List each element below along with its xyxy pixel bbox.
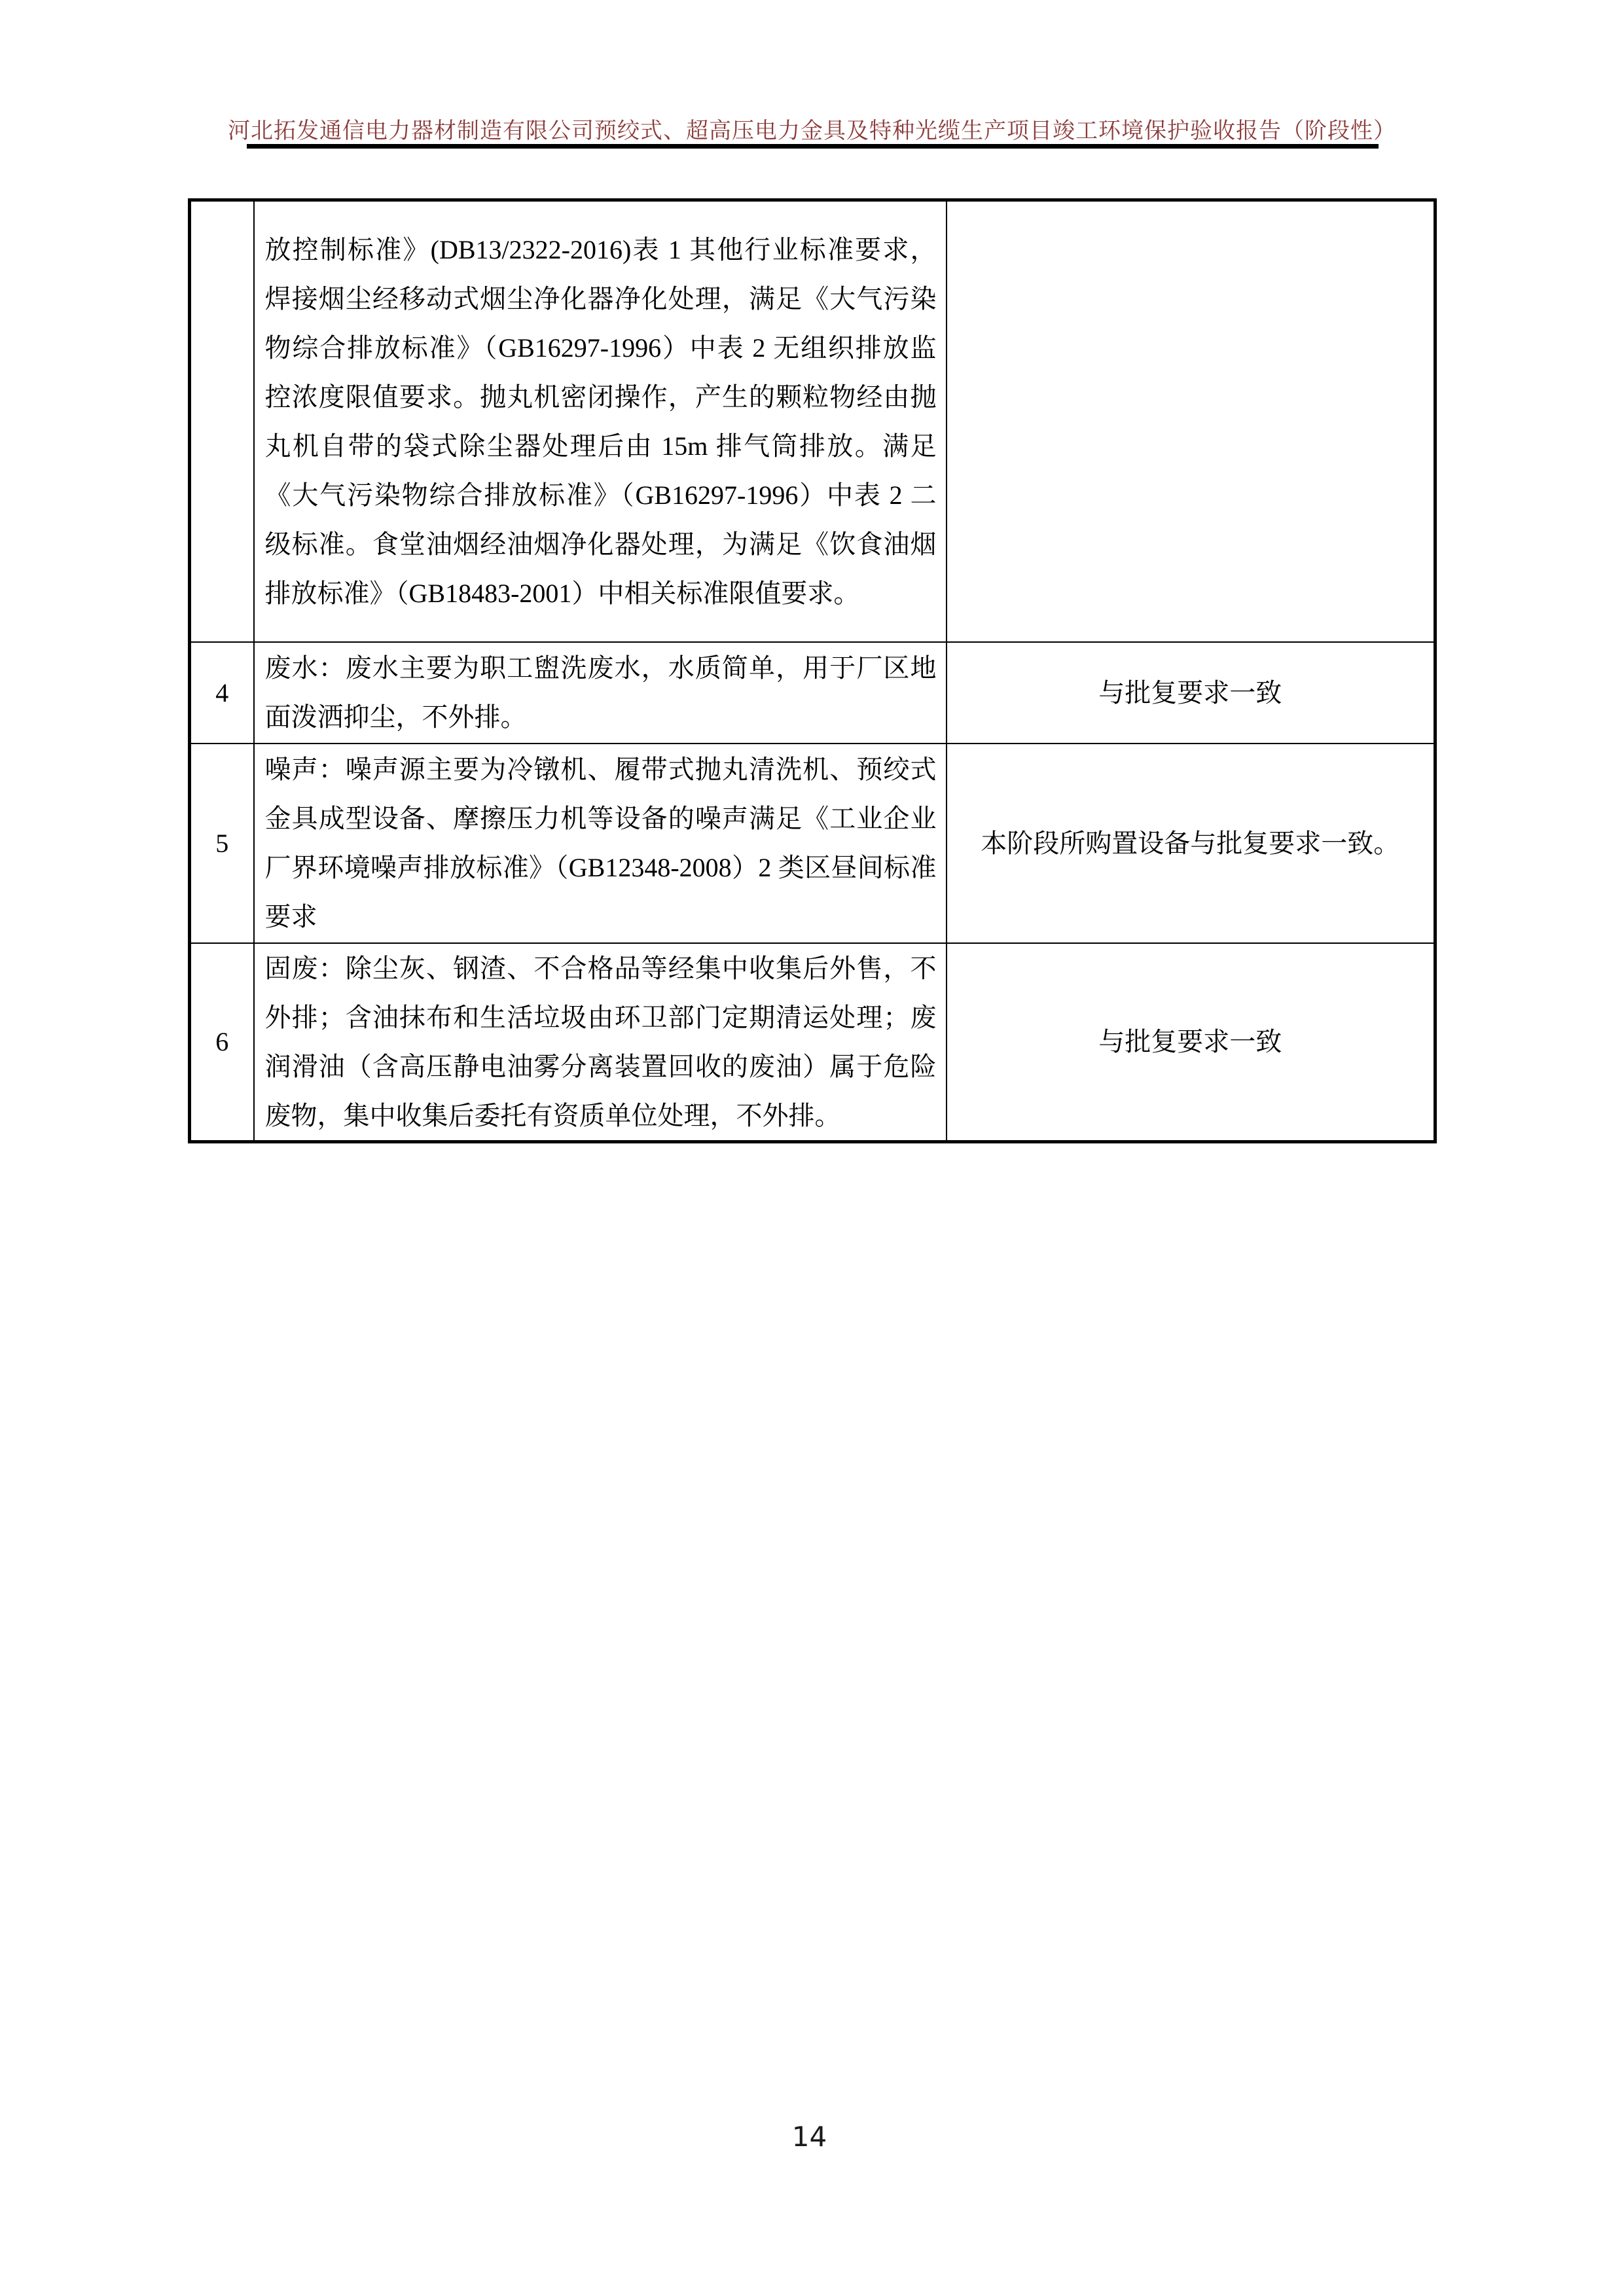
table-row: 放控制标准》(DB13/2322-2016)表 1 其他行业标准要求，焊接烟尘经… bbox=[190, 200, 1435, 642]
content-cell: 固废：除尘灰、钢渣、不合格品等经集中收集后外售，不外排；含油抹布和生活垃圾由环卫… bbox=[254, 943, 947, 1142]
row-number-cell bbox=[190, 200, 254, 642]
row-number-cell: 5 bbox=[190, 744, 254, 943]
table-row: 6 固废：除尘灰、钢渣、不合格品等经集中收集后外售，不外排；含油抹布和生活垃圾由… bbox=[190, 943, 1435, 1142]
result-cell: 与批复要求一致 bbox=[947, 642, 1435, 744]
row-number-cell: 4 bbox=[190, 642, 254, 744]
table-row: 4 废水：废水主要为职工盥洗废水，水质简单，用于厂区地面泼洒抑尘，不外排。 与批… bbox=[190, 642, 1435, 744]
header-rule bbox=[247, 144, 1379, 149]
row-number-cell: 6 bbox=[190, 943, 254, 1142]
table-row: 5 噪声：噪声源主要为冷镦机、履带式抛丸清洗机、预绞式金具成型设备、摩擦压力机等… bbox=[190, 744, 1435, 943]
compliance-table: 放控制标准》(DB13/2322-2016)表 1 其他行业标准要求，焊接烟尘经… bbox=[188, 198, 1437, 1143]
result-cell bbox=[947, 200, 1435, 642]
result-cell: 与批复要求一致 bbox=[947, 943, 1435, 1142]
page-number: 14 bbox=[0, 2121, 1619, 2153]
content-cell: 放控制标准》(DB13/2322-2016)表 1 其他行业标准要求，焊接烟尘经… bbox=[254, 200, 947, 642]
report-header-title: 河北拓发通信电力器材制造有限公司预绞式、超高压电力金具及特种光缆生产项目竣工环境… bbox=[0, 113, 1624, 145]
content-cell: 噪声：噪声源主要为冷镦机、履带式抛丸清洗机、预绞式金具成型设备、摩擦压力机等设备… bbox=[254, 744, 947, 943]
document-page: 河北拓发通信电力器材制造有限公司预绞式、超高压电力金具及特种光缆生产项目竣工环境… bbox=[0, 0, 1624, 2296]
result-cell: 本阶段所购置设备与批复要求一致。 bbox=[947, 744, 1435, 943]
content-cell: 废水：废水主要为职工盥洗废水，水质简单，用于厂区地面泼洒抑尘，不外排。 bbox=[254, 642, 947, 744]
